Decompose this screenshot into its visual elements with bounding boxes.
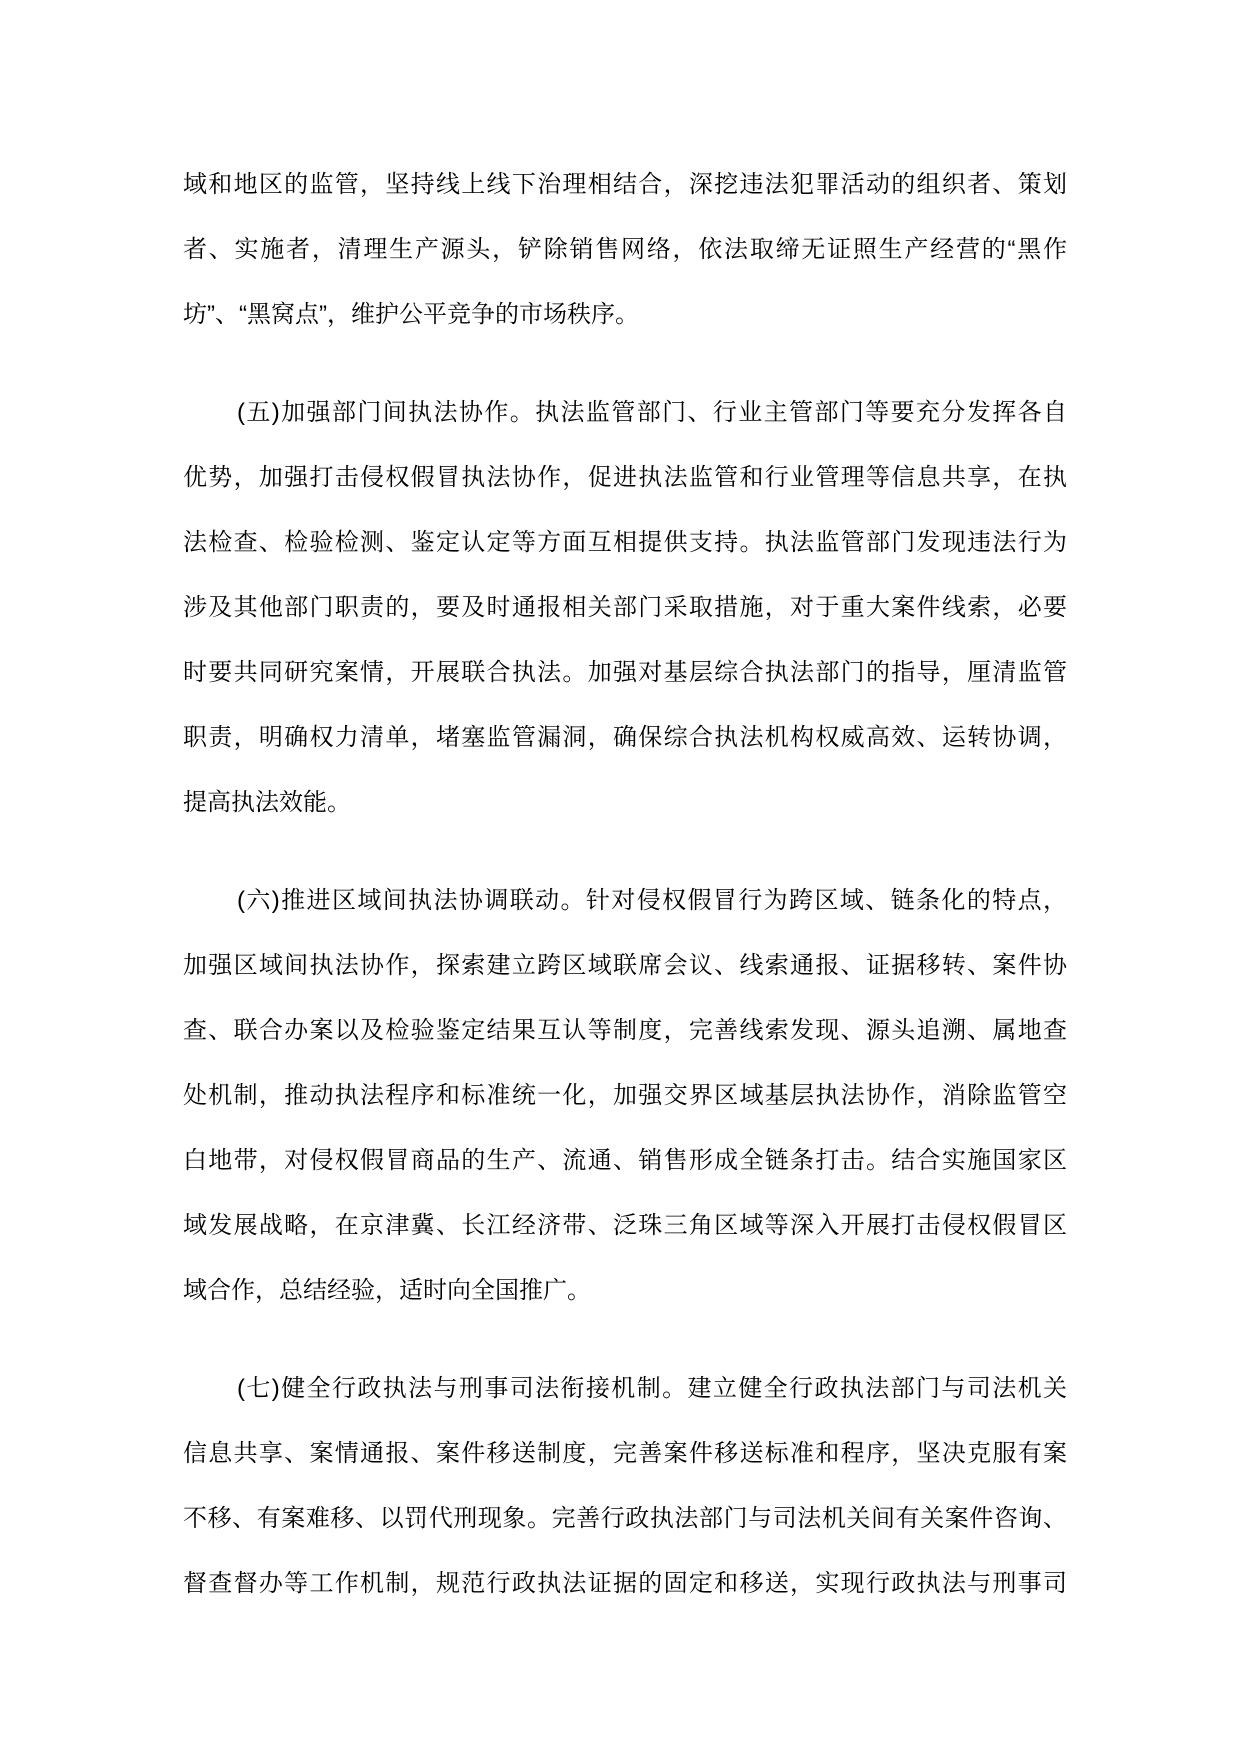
paragraph-section-6: (六)推进区域间执法协调联动。针对侵权假冒行为跨区域、链条化的特点，加强区域间执…: [183, 868, 1067, 1323]
text-line: 处机制，推动执法程序和标准统一化，加强交界区域基层执法协作，消除监管空: [183, 1063, 1067, 1128]
text-line: 域合作，总结经验，适时向全国推广。: [183, 1258, 1067, 1323]
text-line: 域和地区的监管，坚持线上线下治理相结合，深挖违法犯罪活动的组织者、策划: [183, 152, 1067, 217]
text-line: 不移、有案难移、以罚代刑现象。完善行政执法部门与司法机关间有关案件咨询、: [183, 1486, 1067, 1551]
paragraph-section-5: (五)加强部门间执法协作。执法监管部门、行业主管部门等要充分发挥各自优势，加强打…: [183, 380, 1067, 835]
text-line: 法检查、检验检测、鉴定认定等方面互相提供支持。执法监管部门发现违法行为: [183, 510, 1067, 575]
text-line: (六)推进区域间执法协调联动。针对侵权假冒行为跨区域、链条化的特点，: [183, 868, 1067, 933]
text-line: 查、联合办案以及检验鉴定结果互认等制度，完善线索发现、源头追溯、属地查: [183, 998, 1067, 1063]
text-line: 白地带，对侵权假冒商品的生产、流通、销售形成全链条打击。结合实施国家区: [183, 1128, 1067, 1193]
text-line: 提高执法效能。: [183, 770, 1067, 835]
text-line: 督查督办等工作机制，规范行政执法证据的固定和移送，实现行政执法与刑事司: [183, 1551, 1067, 1616]
text-line: 优势，加强打击侵权假冒执法协作，促进执法监管和行业管理等信息共享，在执: [183, 445, 1067, 510]
paragraph-section-7: (七)健全行政执法与刑事司法衔接机制。建立健全行政执法部门与司法机关信息共享、案…: [183, 1356, 1067, 1616]
text-line: 加强区域间执法协作，探索建立跨区域联席会议、线索通报、证据移转、案件协: [183, 933, 1067, 998]
text-line: 者、实施者，清理生产源头，铲除销售网络，依法取缔无证照生产经营的“黑作: [183, 217, 1067, 282]
text-line: 职责，明确权力清单，堵塞监管漏洞，确保综合执法机构权威高效、运转协调，: [183, 705, 1067, 770]
document-page: 域和地区的监管，坚持线上线下治理相结合，深挖违法犯罪活动的组织者、策划者、实施者…: [0, 0, 1241, 1754]
text-line: 信息共享、案情通报、案件移送制度，完善案件移送标准和程序，坚决克服有案: [183, 1421, 1067, 1486]
text-line: 坊”、“黑窝点”，维护公平竞争的市场秩序。: [183, 282, 1067, 347]
text-line: 时要共同研究案情，开展联合执法。加强对基层综合执法部门的指导，厘清监管: [183, 640, 1067, 705]
text-line: (五)加强部门间执法协作。执法监管部门、行业主管部门等要充分发挥各自: [183, 380, 1067, 445]
text-line: (七)健全行政执法与刑事司法衔接机制。建立健全行政执法部门与司法机关: [183, 1356, 1067, 1421]
text-line: 域发展战略，在京津冀、长江经济带、泛珠三角区域等深入开展打击侵权假冒区: [183, 1193, 1067, 1258]
text-line: 涉及其他部门职责的，要及时通报相关部门采取措施，对于重大案件线索，必要: [183, 575, 1067, 640]
paragraph-continuation: 域和地区的监管，坚持线上线下治理相结合，深挖违法犯罪活动的组织者、策划者、实施者…: [183, 152, 1067, 347]
document-text-block: 域和地区的监管，坚持线上线下治理相结合，深挖违法犯罪活动的组织者、策划者、实施者…: [183, 152, 1067, 1649]
